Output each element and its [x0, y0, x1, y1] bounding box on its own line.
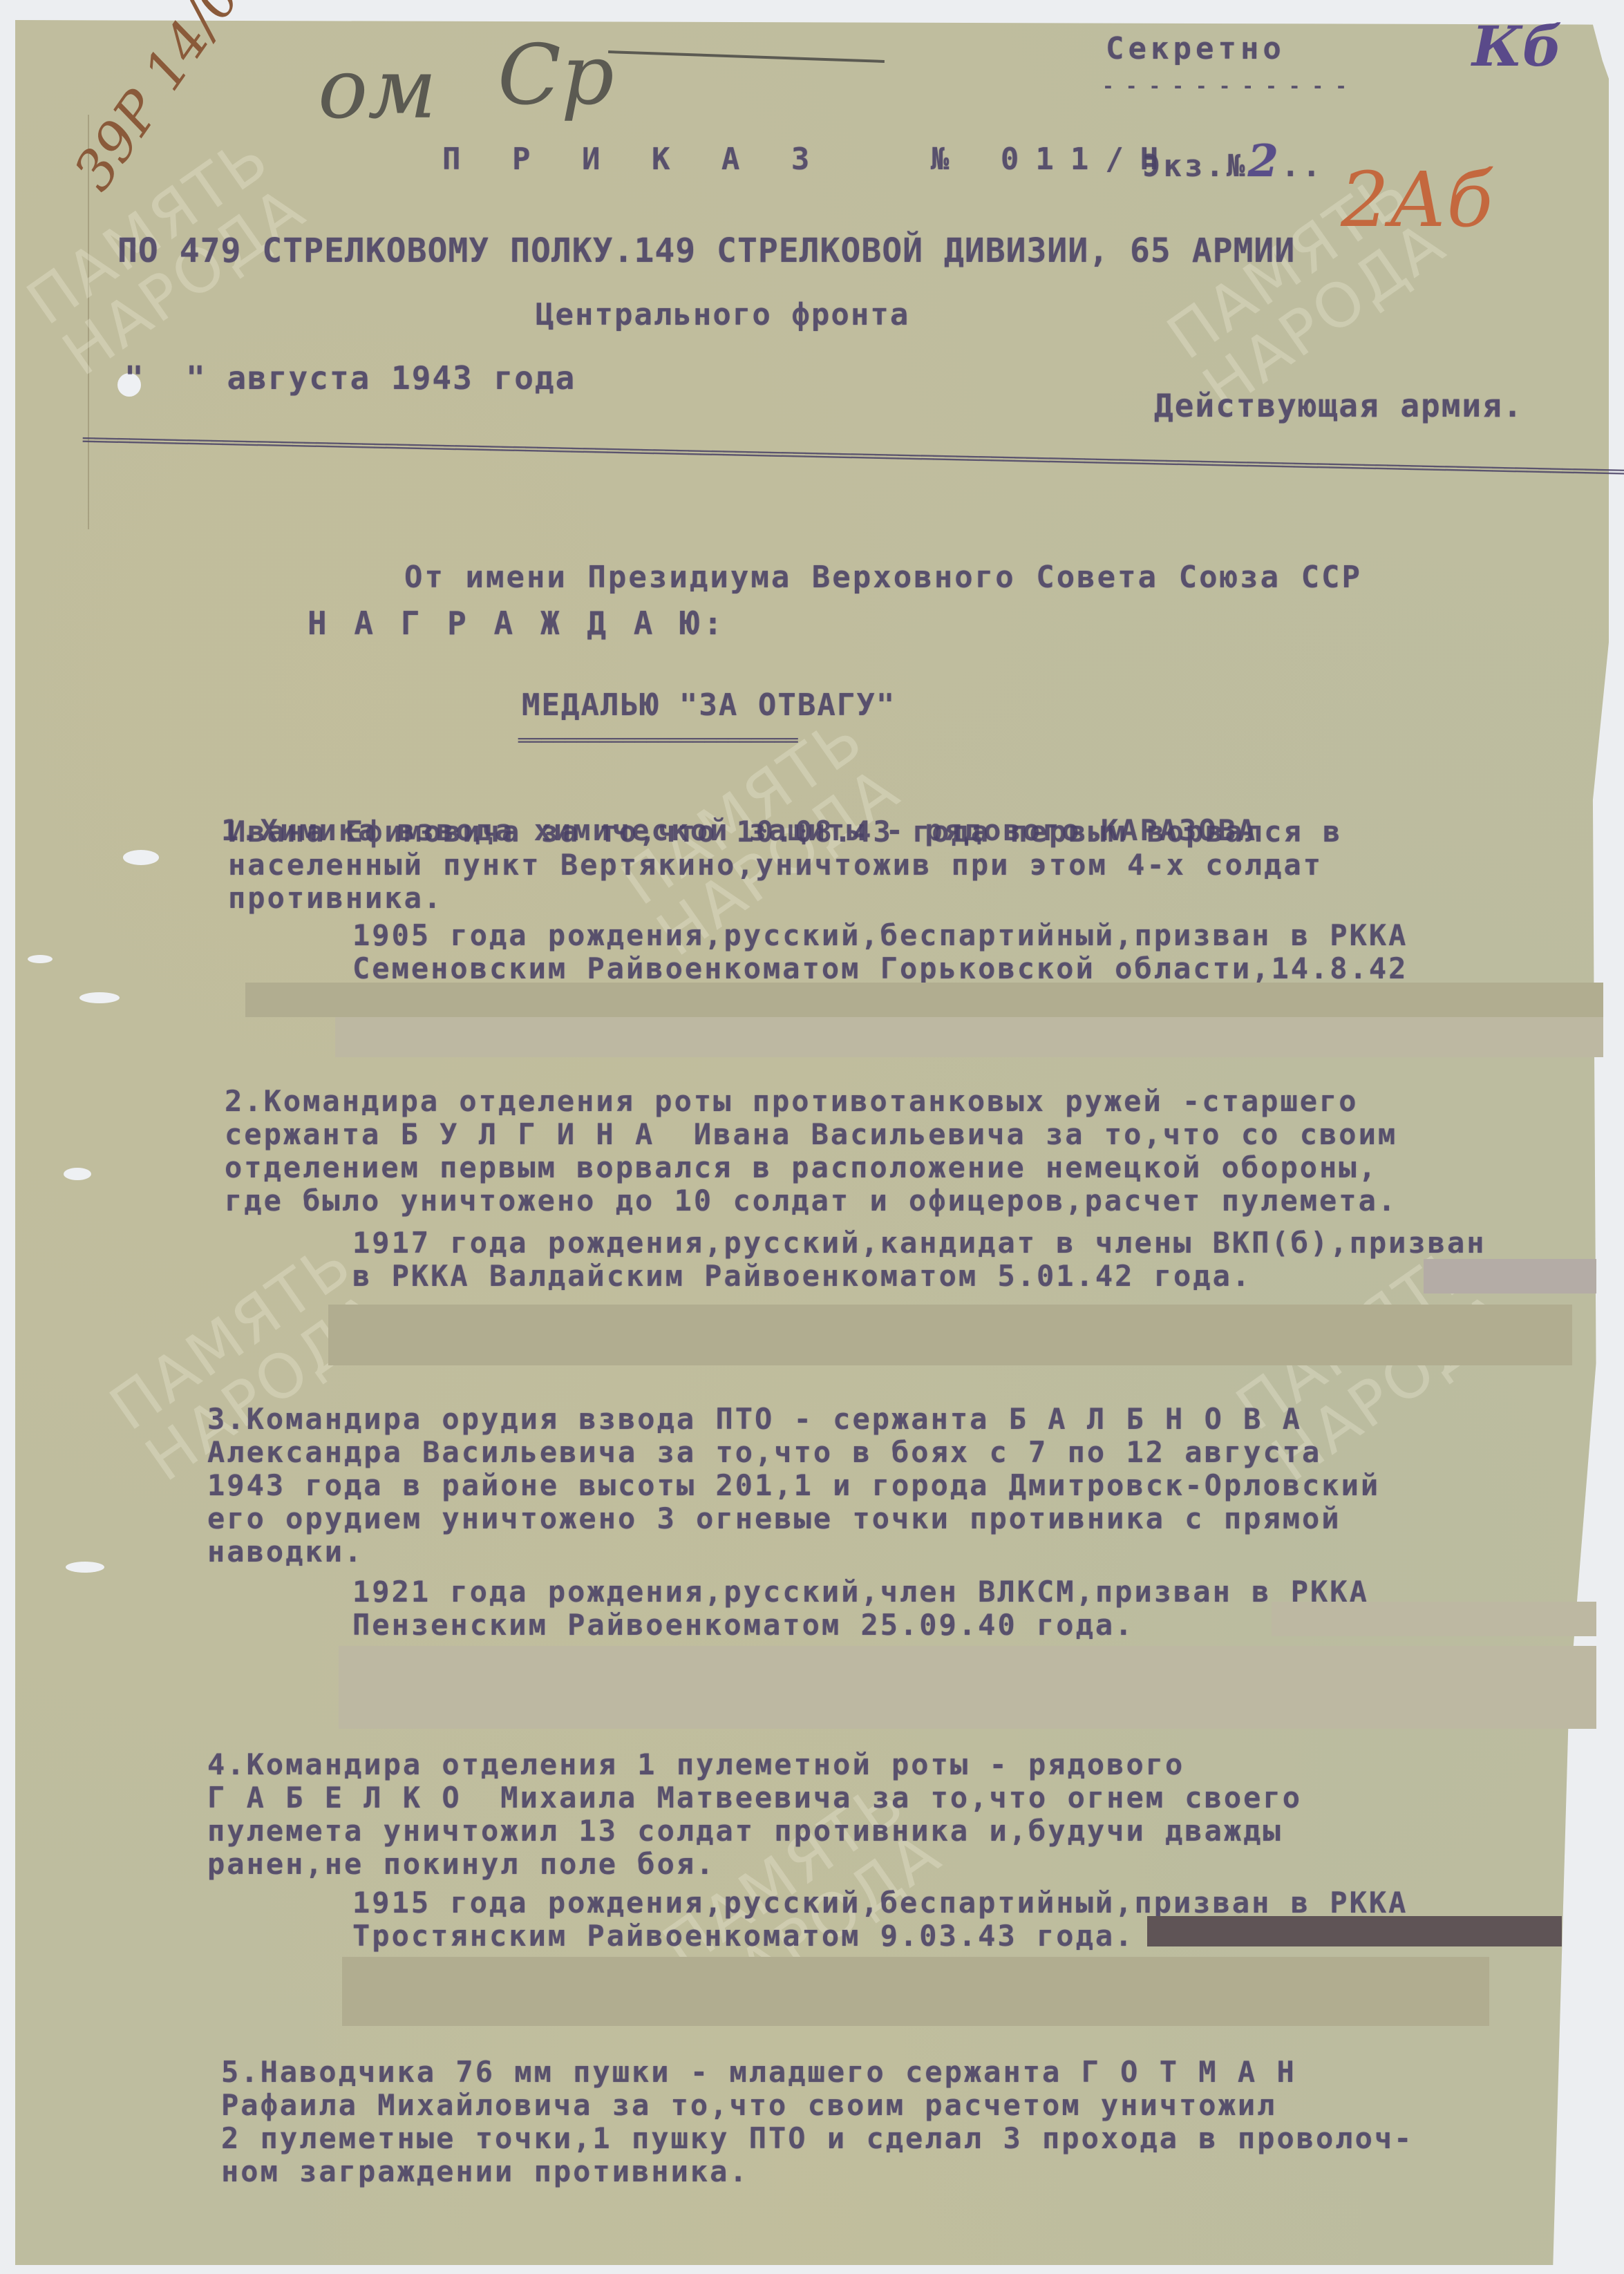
award-3-text: 3.Командира орудия взвода ПТО - сержанта…	[207, 1403, 1380, 1569]
signature: Ср	[498, 28, 614, 124]
front-line: Центрального фронта	[536, 297, 909, 332]
award-5-text: 5.Наводчика 76 мм пушки - младшего сержа…	[221, 2056, 1413, 2188]
date-line: " " августа 1943 года	[124, 359, 576, 397]
punch-hole	[79, 992, 120, 1003]
redacted-area	[335, 1017, 1603, 1057]
punch-hole	[123, 850, 159, 865]
secret-label: Секретно	[1106, 31, 1285, 66]
award-2-text: 2.Командира отделения роты противотанков…	[225, 1085, 1397, 1217]
preamble-line: От имени Президиума Верховного Совета Со…	[404, 560, 1362, 595]
redacted-area	[245, 983, 1603, 1017]
unit-line: ПО 479 СТРЕЛКОВОМУ ПОЛКУ.149 СТРЕЛКОВОЙ …	[117, 231, 1295, 270]
top-right-mark: Кб	[1472, 14, 1562, 79]
order-title: П Р И К А З № 011/Н	[442, 142, 1175, 177]
award-2-bio: 1917 года рождения,русский,кандидат в чл…	[352, 1226, 1486, 1293]
medal-underline: ════════════════════════	[518, 729, 798, 752]
punch-hole	[28, 955, 53, 963]
decree-heading: Н А Г Р А Ж Д А Ю:	[308, 605, 727, 642]
award-4-text: 4.Командира отделения 1 пулеметной роты …	[207, 1748, 1302, 1881]
location: Действующая армия.	[1154, 387, 1524, 424]
redacted-area	[1272, 1602, 1596, 1636]
redacted-area	[342, 1957, 1489, 2026]
redacted-area	[1147, 1916, 1562, 1946]
award-1-text: Ивана Ефимовича за то,что 10.08.43 года …	[228, 815, 1342, 915]
punch-hole	[66, 1562, 104, 1573]
secret-underline: - - - - - - - - - - -	[1102, 75, 1347, 97]
medal-heading: МЕДАЛЬЮ "ЗА ОТВАГУ"	[522, 688, 896, 723]
signature: ом	[318, 41, 437, 138]
red-pencil-mark: 2Аб	[1341, 155, 1493, 244]
punch-hole	[64, 1168, 91, 1180]
redacted-area	[1424, 1259, 1596, 1294]
redacted-area	[328, 1305, 1572, 1365]
award-3-bio: 1921 года рождения,русский,член ВЛКСМ,пр…	[352, 1575, 1369, 1642]
redacted-area	[339, 1646, 1596, 1729]
